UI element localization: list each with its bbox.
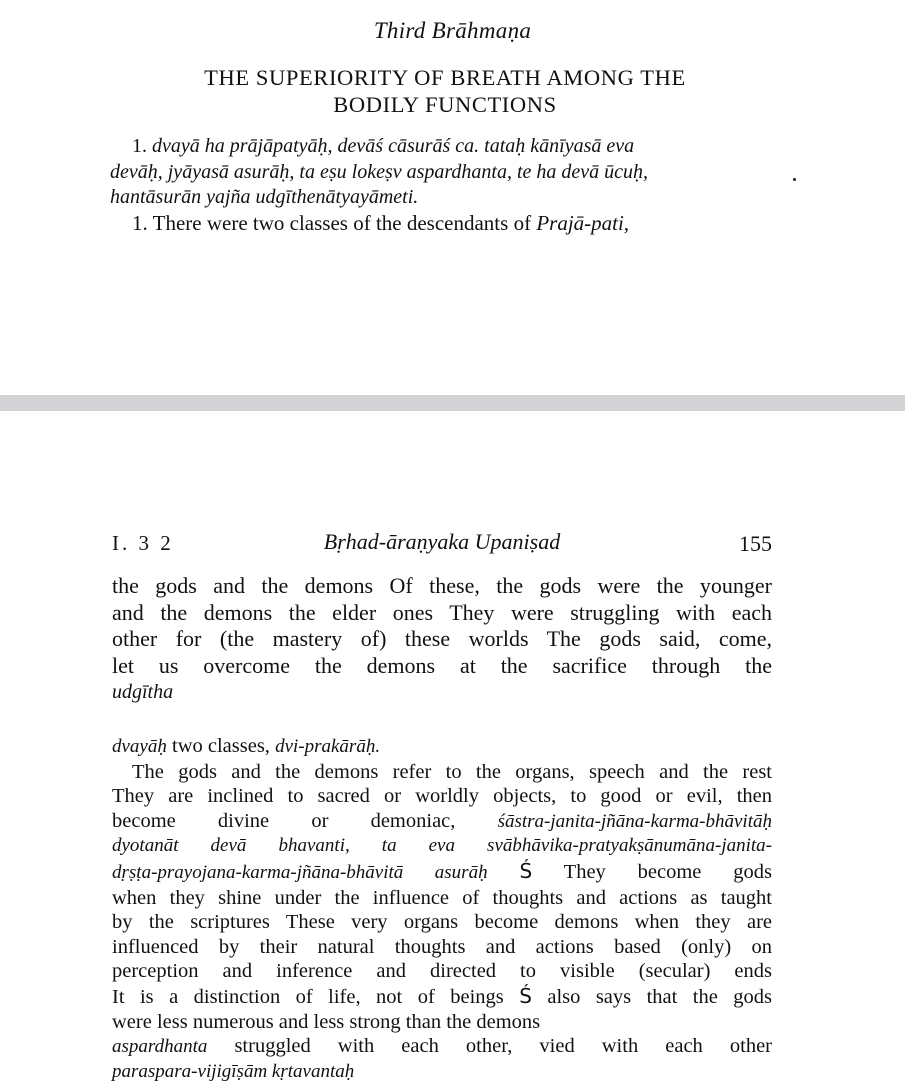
commentary-line-6: when they shine under the influence of t… [112,886,772,911]
verse-number: 1. [132,135,147,157]
translation-start: 1. There were two classes of the descend… [132,211,629,236]
shankara-siglum: Ś [519,984,532,1008]
commentary-line-10: It is a distinction of life, not of bein… [112,984,772,1010]
verse-line-1-text: dvayā ha prājāpatyāḥ, devāś cāsurāś ca. … [152,135,634,157]
translation-line-4: let us overcome the demons at the sacrif… [112,653,772,680]
section-heading-line-2: BODILY FUNCTIONS [110,91,780,118]
sanskrit-verse: 1. dvayā ha prājāpatyāḥ, devāś cāsurāś c… [110,134,786,211]
section-heading: THE SUPERIORITY OF BREATH AMONG THE BODI… [110,64,780,118]
page-number: 155 [739,531,772,557]
commentary-notes: dvayāḥ two classes, dvi-prakārāḥ. The go… [112,734,772,1084]
commentary-line-11: were less numerous and less strong than … [112,1010,772,1035]
gloss-meaning: struggled with each other, vied with eac… [207,1035,772,1057]
page-bottom: I. 3 2 Bṛhad-āraṇyaka Upaniṣad 155 the g… [0,411,905,1087]
verse-line-1: 1. dvayā ha prājāpatyāḥ, devāś cāsurāś c… [110,134,786,160]
translation-line-3: other for (the mastery of) these worlds … [112,626,772,653]
translation-number: 1. [132,211,148,235]
gloss-sanskrit: dvi-prakārāḥ. [275,736,380,757]
commentary-line-3-sanskrit: śāstra-janita-jñāna-karma-bhāvitāḥ [498,811,772,832]
translation-line-1: the gods and the demons Of these, the go… [112,573,772,600]
commentary-line-1: The gods and the demons refer to the org… [112,760,772,785]
page-divider [0,395,905,411]
translation-italic: Prajā-pati, [536,211,629,235]
gloss-term: dvayāḥ [112,736,167,757]
commentary-line-3: become divine or demoniac, śāstra-janita… [112,809,772,835]
verse-line-3: hantāsurān yajña udgīthenātyayāmeti. [110,185,786,211]
page-top: Third Brāhmaṇa THE SUPERIORITY OF BREATH… [0,0,905,395]
verse-line-2: devāḥ, jyāyasā asurāḥ, ta eṣu lokeṣv asp… [110,160,786,186]
commentary-line-5-plain: They become gods [532,861,772,883]
commentary-line-10-plain-b: also says that the gods [532,986,772,1008]
commentary-line-7: by the scriptures These very organs beco… [112,910,772,935]
book-title: Bṛhad-āraṇyaka Upaniṣad [112,529,772,555]
commentary-line-9: perception and inference and directed to… [112,959,772,984]
translation-line-2: and the demons the elder ones They were … [112,600,772,627]
commentary-line-3-plain: become divine or demoniac, [112,810,498,832]
section-heading-line-1: THE SUPERIORITY OF BREATH AMONG THE [110,64,780,91]
gloss-term: aspardhanta [112,1036,207,1057]
commentary-line-4: dyotanāt devā bhavanti, ta eva svābhāvik… [112,834,772,859]
running-header: I. 3 2 Bṛhad-āraṇyaka Upaniṣad 155 [112,529,772,559]
translation-text: There were two classes of the descendant… [153,211,537,235]
shankara-siglum: Ś [519,859,532,883]
gloss-dvayah: dvayāḥ two classes, dvi-prakārāḥ. [112,734,772,760]
commentary-line-2: They are inclined to sacred or worldly o… [112,784,772,809]
commentary-line-5: dṛṣṭa-prayojana-karma-jñāna-bhāvitā asur… [112,859,772,886]
brahmana-title: Third Brāhmaṇa [0,18,905,44]
gloss-aspardhanta: aspardhanta struggled with each other, v… [112,1034,772,1060]
commentary-line-5-sanskrit: dṛṣṭa-prayojana-karma-jñāna-bhāvitā asur… [112,862,488,883]
commentary-line-10-plain-a: It is a distinction of life, not of bein… [112,986,519,1008]
commentary-line-8: influenced by their natural thoughts and… [112,935,772,960]
translation-line-5: udgītha [112,679,772,706]
gloss-sanskrit: paraspara-vijigīṣām kṛtavantaḥ [112,1060,772,1085]
gloss-meaning: two classes, [167,735,275,757]
translation-body: the gods and the demons Of these, the go… [112,573,772,706]
scan-speck [793,178,796,181]
